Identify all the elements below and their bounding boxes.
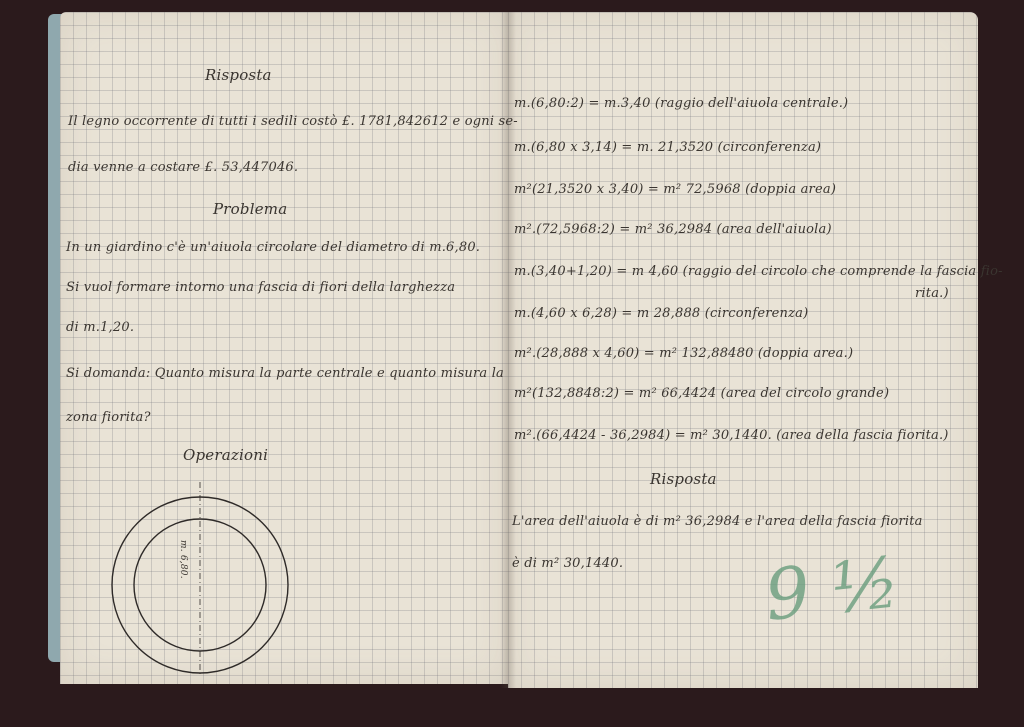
heading-operazioni: Operazioni: [183, 446, 268, 464]
heading-risposta-2: Risposta: [650, 470, 717, 488]
operation-line-7: m².(28,888 x 4,60) = m² 132,88480 (doppi…: [514, 346, 853, 361]
operation-line-2: m.(6,80 x 3,14) = m. 21,3520 (circonfere…: [514, 140, 821, 155]
question-line-2: zona fiorita?: [66, 410, 151, 425]
question-line-1: Si domanda: Quanto misura la parte centr…: [66, 366, 504, 381]
heading-risposta-1: Risposta: [205, 66, 272, 84]
operation-line-3: m²(21,3520 x 3,40) = m² 72,5968 (doppia …: [514, 182, 836, 197]
open-notebook: Risposta Il legno occorrente di tutti i …: [0, 0, 1024, 727]
operation-line-1: m.(6,80:2) = m.3,40 (raggio dell'aiuola …: [514, 96, 848, 111]
grade-mark: 9 ½: [761, 541, 903, 637]
problem-line-3: di m.1,20.: [66, 320, 134, 335]
operation-line-6: m.(4,60 x 6,28) = m 28,888 (circonferenz…: [514, 306, 808, 321]
operation-line-4: m².(72,5968:2) = m² 36,2984 (area dell'a…: [514, 222, 832, 237]
operation-line-9: m².(66,4424 - 36,2984) = m² 30,1440. (ar…: [514, 428, 949, 443]
problem-line-1: In un giardino c'è un'aiuola circolare d…: [66, 240, 480, 255]
answer-1-line-1: Il legno occorrente di tutti i sedili co…: [68, 114, 518, 129]
answer-2-line-2: è di m² 30,1440.: [512, 556, 623, 571]
operation-line-8: m²(132,8848:2) = m² 66,4424 (area del ci…: [514, 386, 889, 401]
concentric-circles-diagram: [100, 480, 300, 680]
answer-2-line-1: L'area dell'aiuola è di m² 36,2984 e l'a…: [512, 514, 923, 529]
heading-problema: Problema: [213, 200, 287, 218]
answer-1-line-2: dia venne a costare £. 53,447046.: [68, 160, 298, 175]
operation-line-5-cont: rita.): [915, 286, 949, 301]
problem-line-2: Si vuol formare intorno una fascia di fi…: [66, 280, 455, 295]
operation-line-5: m.(3,40+1,20) = m 4,60 (raggio del circo…: [514, 264, 1003, 279]
diagram-diameter-label: m. 6,80.: [178, 540, 188, 579]
